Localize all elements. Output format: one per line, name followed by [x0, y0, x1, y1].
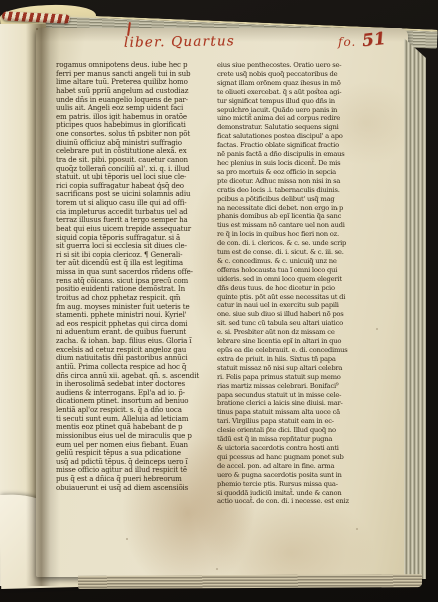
- text-line: te oliueti exercebat. q̃ s aũt postea ag…: [217, 88, 360, 97]
- text-line: de con. di. i. clericos. & c. se. unde s…: [217, 239, 360, 248]
- text-line: tur significat tempus illud quo dñs in: [217, 97, 360, 106]
- text-line: actio uocat̃. de con. di. i necesse. est…: [217, 497, 360, 506]
- text-line: tius est missam nõ cantare uel non audi: [217, 221, 360, 230]
- text-line: nẽ panis factã a dño discipulis in emaus: [217, 150, 360, 159]
- text-line: cratis deo locis .i. tabernaculis diuini…: [217, 186, 360, 195]
- text-line: extra de priuit. in hiis. Sixtus tñ papa: [217, 355, 360, 364]
- folio-number: 51: [361, 29, 387, 51]
- text-line: sit. sed tunc cũ tabula seu altari uiati…: [217, 319, 360, 328]
- text-line: eius siue penthecostes. Oratio uero se-: [217, 61, 360, 70]
- text-line: pcibus a põtificibus delibut' usq̃ mag: [217, 195, 360, 204]
- text-line: tinus papa statuit missam alta uoce cã: [217, 408, 360, 417]
- text-line: clesie orientali p̃te dici. Illud quoq̃ …: [217, 426, 360, 435]
- text-line: quinte ptis. põt aũt esse necessitas ut …: [217, 293, 360, 302]
- fore-edge-page-stack: [404, 38, 426, 579]
- text-line: dñs deus tuus. de hoc dicetur in pcio: [217, 284, 360, 293]
- text-line: uero & pugna sacerdotis posita sunt in: [217, 471, 360, 480]
- text-line: factas. Fractio oblate significat fracti…: [217, 141, 360, 150]
- text-line: sa pro mortuis & eoz officio in sepcia: [217, 168, 360, 177]
- text-line: crete usq̃ nobis quoq̃ peccatoribus de: [217, 70, 360, 79]
- text-line: phemio tercie ptis. Rursus missa qua-: [217, 480, 360, 489]
- text-line: ri. Felis papa primus statuit sup memo: [217, 373, 360, 382]
- gutter-shadow: [26, 24, 60, 586]
- text-line: epũs ea die celebrauit. e. di. concedimu…: [217, 346, 360, 355]
- text-line: phanis domibus ab epĩ licentia q̃a sanc: [217, 212, 360, 221]
- text-line: & uictoria sacerdotis contra hosti anti: [217, 444, 360, 453]
- text-line: & c. concedimus. & c. unicuiq̃ unz ne: [217, 257, 360, 266]
- text-column-left: rogamus omnipotens deus. iube hec pferri…: [56, 61, 216, 492]
- text-line: one. siue sub diuo si illud haberi nõ po…: [217, 310, 360, 319]
- text-column-right: eius siue penthecostes. Oratio uero se-c…: [217, 61, 360, 506]
- text-line: catur in naui uel in exercitu sub papili: [217, 301, 360, 310]
- text-line: papa secundus statuit ut in misse cele-: [217, 391, 360, 400]
- text-line: re q̃ in locis in quibus hoc fieri non o…: [217, 230, 360, 239]
- text-line: tari. Virgilius papa statuit eam in ec-: [217, 417, 360, 426]
- text-line: e. si. Presbiter aũt non dz missam ce: [217, 328, 360, 337]
- text-line: statuit missaz nõ nisi sup altari celebr…: [217, 364, 360, 373]
- text-line: tãdũ est q̃ in missa repñtatur pugna: [217, 435, 360, 444]
- text-line: lebrare sine licentia epĩ in altari in q…: [217, 337, 360, 346]
- text-line: signat illam orõnem quaz ihesus in mõ: [217, 79, 360, 88]
- text-line: offeras holocausta tua ĩ omni loco qui: [217, 266, 360, 275]
- text-line: ficat salutationes postea discipul' a ap…: [217, 132, 360, 141]
- bottom-page-edges: [78, 574, 422, 589]
- photo-open-book: dẽ. ideoma se-artoutti fidiagaturz quie-…: [0, 0, 438, 602]
- text-line: uideris. sed in omni loco quem elegerit: [217, 275, 360, 284]
- text-line: qui pcessus ad hanc pugnam ponet sub: [217, 453, 360, 462]
- main-page: liber. Quartus fo. 51 rogamus omnipotens…: [36, 28, 408, 577]
- text-line: obuiauerunt ei usq̃ ad diem ascensiõis: [56, 484, 216, 493]
- text-line: bratione clerici a laicis sine diuisi. m…: [217, 399, 360, 408]
- folio-label: fo.: [338, 35, 356, 49]
- text-line: de accel. pon. ad altare in fine. arma: [217, 462, 360, 471]
- text-line: uino mictit̃ anima dei ad corpus redire: [217, 114, 360, 123]
- text-line: hec plenius in suis locis dicent̃. De mi…: [217, 159, 360, 168]
- text-line: rias martiz missas celebrari. Bonifaci⁹: [217, 382, 360, 391]
- running-title: liber. Quartus: [124, 33, 235, 51]
- text-line: demonstratur. Salutatio sequens signi: [217, 123, 360, 132]
- text-line: pte dicetur. Adhuc missa non nisi in sa: [217, 177, 360, 186]
- text-line: tum est de conse. di. i. sicut. & c. iii…: [217, 248, 360, 257]
